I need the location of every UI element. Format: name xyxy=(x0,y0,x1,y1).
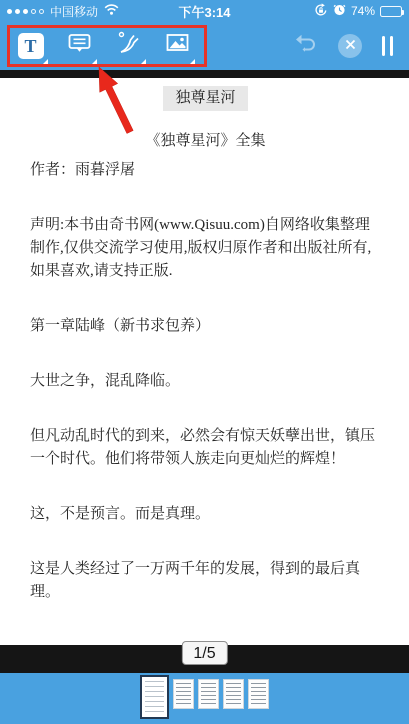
orientation-lock-icon xyxy=(314,3,328,20)
draw-pen-tool-button[interactable] xyxy=(115,31,142,61)
alarm-clock-icon xyxy=(333,3,346,19)
undo-button[interactable] xyxy=(294,33,318,60)
paragraph: 这是人类经过了一万两千年的发展，得到的最后真理。 xyxy=(30,558,381,604)
paragraph-disclaimer: 声明:本书由奇书网(www.Qisuu.com)自网络收集整理制作,仅供交流学习… xyxy=(30,214,381,283)
carrier-label: 中国移动 xyxy=(50,3,98,20)
book-title-highlight: 独尊星河 xyxy=(163,86,247,111)
page-handle-bars-button[interactable] xyxy=(382,36,397,56)
page-indicator-badge: 1/5 xyxy=(181,641,227,665)
signal-dot-icon xyxy=(39,9,44,14)
author-line: 作者：雨暮浮屠 xyxy=(30,159,381,182)
status-bar: 中国移动 下午3:14 xyxy=(0,0,409,22)
page-thumbnail[interactable] xyxy=(248,679,269,709)
top-black-strip xyxy=(0,70,409,78)
image-photo-icon xyxy=(164,30,191,62)
page-thumbnail[interactable] xyxy=(198,679,219,709)
signal-carrier-group: 中国移动 xyxy=(7,3,119,20)
bar-icon xyxy=(390,36,393,56)
pen-icon xyxy=(115,30,142,62)
document-page[interactable]: 独尊星河 《独尊星河》全集 作者：雨暮浮屠 声明:本书由奇书网(www.Qisu… xyxy=(0,78,409,645)
text-annotation-tool-button[interactable]: T xyxy=(17,31,44,61)
tool-group: T xyxy=(17,31,191,61)
signal-dot-icon xyxy=(31,9,36,14)
paragraph: 大世之争，混乱降临。 xyxy=(30,370,381,393)
thumbnail-text-lines xyxy=(145,681,164,713)
bar-icon xyxy=(382,36,385,56)
tool-options-triangle-icon xyxy=(42,59,48,65)
page-thumbnail[interactable] xyxy=(173,679,194,709)
page-thumbnail[interactable] xyxy=(223,679,244,709)
book-subtitle: 《独尊星河》全集 xyxy=(30,130,381,153)
tool-options-triangle-icon xyxy=(91,59,97,65)
page-thumbnail-current[interactable] xyxy=(140,675,169,719)
battery-icon xyxy=(380,6,402,17)
title-row: 独尊星河 xyxy=(30,86,381,111)
status-icons-group: 74% xyxy=(314,3,402,20)
thumbnail-text-lines xyxy=(251,683,266,705)
image-stamp-tool-button[interactable] xyxy=(164,31,191,61)
close-x-icon xyxy=(345,37,356,55)
chapter-heading: 第一章陆峰（新书求包养） xyxy=(30,315,381,338)
paragraph: 但凡动乱时代的到来，必然会有惊天妖孽出世，镇压一个时代。他们将带领人族走向更灿烂… xyxy=(30,425,381,471)
paragraph: 这，不是预言。而是真理。 xyxy=(30,503,381,526)
comment-bubble-icon xyxy=(66,30,93,62)
signal-dot-icon xyxy=(23,9,28,14)
comment-annotation-tool-button[interactable] xyxy=(66,31,93,61)
app-screen: 中国移动 下午3:14 xyxy=(0,0,409,724)
battery-percent-label: 74% xyxy=(351,4,375,18)
wifi-icon xyxy=(104,4,119,18)
clock-time: 下午3:14 xyxy=(178,2,230,21)
text-tool-icon: T xyxy=(18,33,44,59)
tool-options-triangle-icon xyxy=(140,59,146,65)
signal-dot-icon xyxy=(7,9,12,14)
toolbar-right-group xyxy=(294,33,397,60)
close-button[interactable] xyxy=(338,34,362,58)
battery-nub xyxy=(402,10,404,15)
thumbnail-text-lines xyxy=(201,683,216,705)
thumbnail-bar xyxy=(0,673,409,724)
tool-options-triangle-icon xyxy=(189,59,195,65)
thumbnail-text-lines xyxy=(176,683,191,705)
annotation-toolbar: T xyxy=(0,22,409,70)
signal-dot-icon xyxy=(15,9,20,14)
thumbnail-text-lines xyxy=(226,683,241,705)
